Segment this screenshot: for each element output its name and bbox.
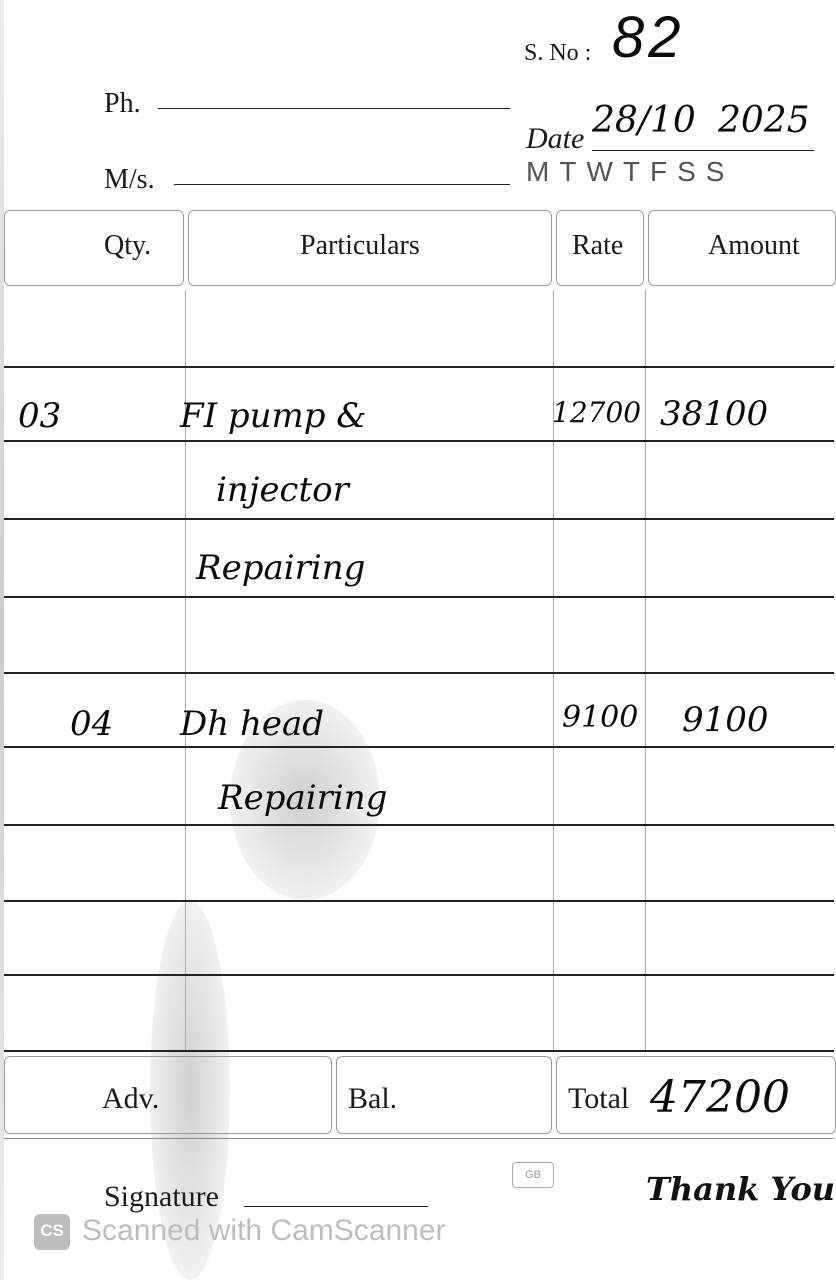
phone-field[interactable] xyxy=(158,108,510,109)
row-particulars-line: Repairing xyxy=(196,548,365,588)
row-qty: 03 xyxy=(18,396,61,436)
camscanner-watermark: Scanned with CamScanner xyxy=(82,1214,446,1248)
total-value: 47200 xyxy=(650,1072,790,1123)
column-divider xyxy=(645,290,646,1050)
ruled-line xyxy=(4,672,834,674)
printer-logo-icon: GB xyxy=(512,1162,554,1188)
ruled-line xyxy=(4,900,834,902)
row-particulars-line: FI pump & xyxy=(180,396,367,436)
ms-label: M/s. xyxy=(104,164,155,196)
signature-label: Signature xyxy=(104,1180,219,1214)
qty-header: Qty. xyxy=(104,230,151,262)
phone-label: Ph. xyxy=(104,88,141,120)
rate-header: Rate xyxy=(572,230,623,262)
qty-header-cell xyxy=(4,210,184,286)
weekday-row: MTWTFSS xyxy=(526,156,734,188)
year-value: 2025 xyxy=(718,100,810,141)
row-amount: 38100 xyxy=(660,394,768,434)
row-amount: 9100 xyxy=(682,700,769,740)
serial-value: 82 xyxy=(612,4,685,71)
row-rate: 9100 xyxy=(562,700,638,735)
row-particulars-line: Repairing xyxy=(218,778,387,818)
total-label: Total xyxy=(568,1082,629,1116)
balance-label: Bal. xyxy=(348,1082,397,1116)
ruled-line xyxy=(4,746,834,748)
ruled-line xyxy=(4,824,834,826)
particulars-header: Particulars xyxy=(300,230,420,262)
row-particulars-line: Dh head xyxy=(180,704,324,744)
ms-field[interactable] xyxy=(174,184,510,185)
footer-divider xyxy=(4,1138,834,1139)
ruled-line xyxy=(4,440,834,442)
date-field[interactable] xyxy=(592,150,814,151)
signature-field[interactable] xyxy=(244,1206,428,1207)
date-label: Date xyxy=(526,122,584,156)
camscanner-logo-icon: CS xyxy=(34,1214,70,1250)
ruled-line xyxy=(4,366,834,368)
ruled-line xyxy=(4,974,834,976)
ruled-line xyxy=(4,596,834,598)
ruled-line xyxy=(4,1050,834,1052)
row-qty: 04 xyxy=(70,704,113,744)
advance-label: Adv. xyxy=(102,1082,159,1116)
serial-label: S. No : xyxy=(524,40,591,67)
date-value: 28/10 xyxy=(592,100,696,141)
amount-header: Amount xyxy=(708,230,800,262)
thank-you-text: Thank You xyxy=(646,1170,835,1208)
ruled-line xyxy=(4,518,834,520)
row-particulars-line: injector xyxy=(216,470,349,510)
row-rate: 12700 xyxy=(552,396,641,429)
advance-cell[interactable] xyxy=(4,1056,332,1134)
